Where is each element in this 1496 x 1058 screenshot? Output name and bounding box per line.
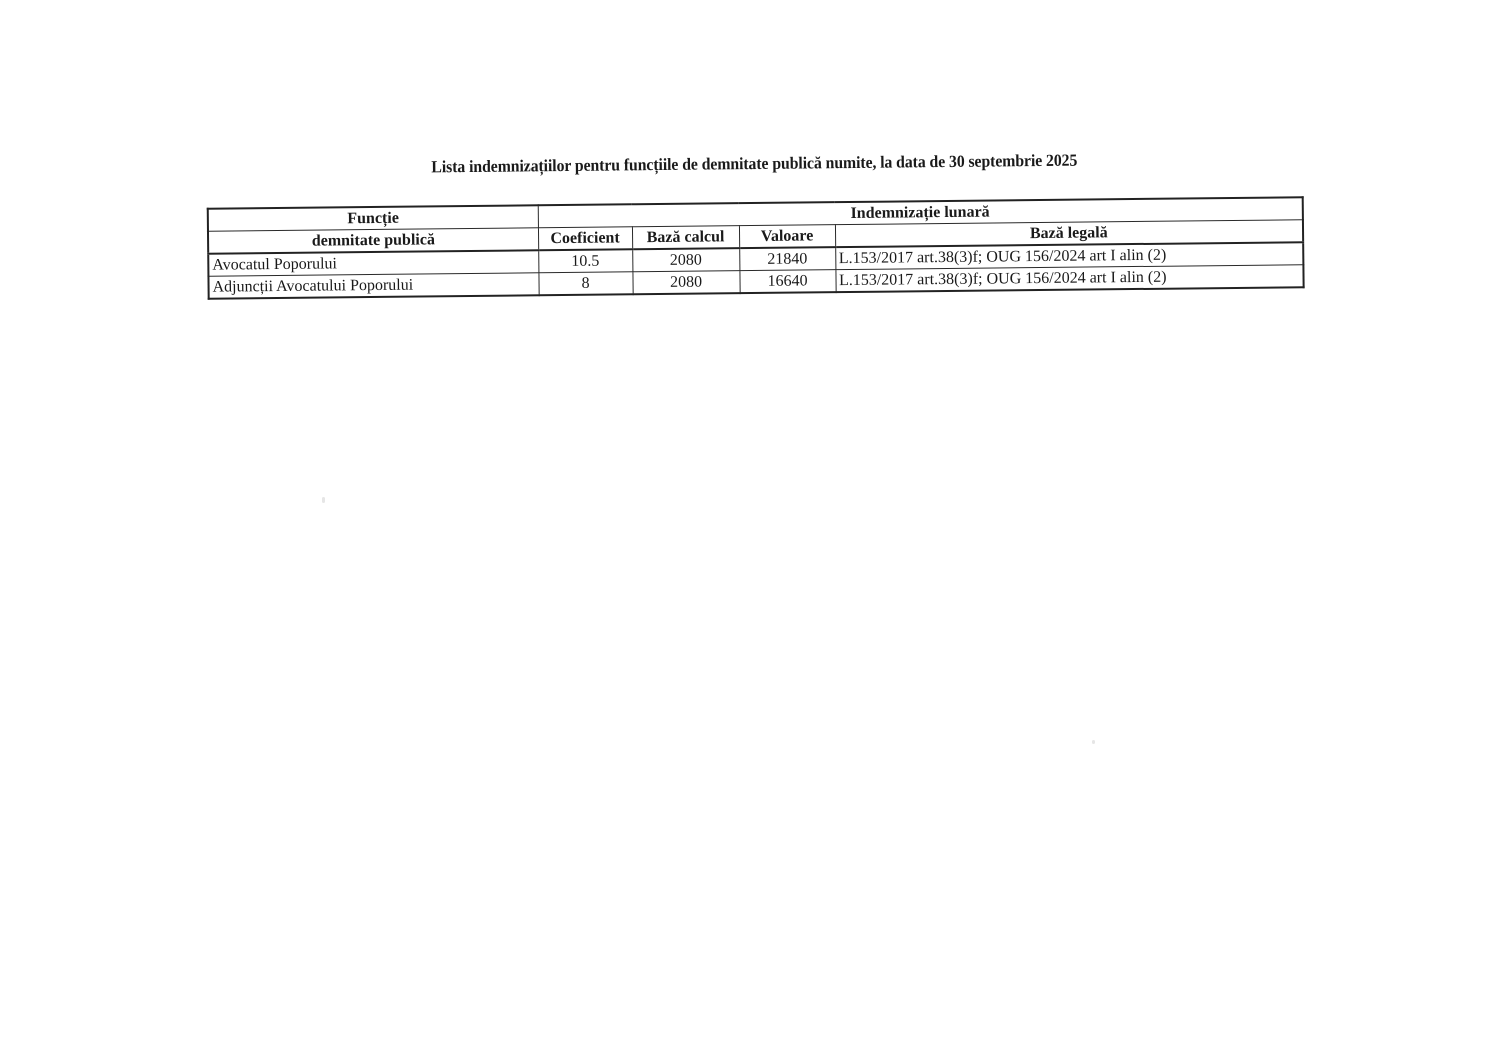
cell-value: 21840 xyxy=(739,247,835,271)
scanned-page: Lista indemnizațiilor pentru funcțiile d… xyxy=(0,0,1496,1058)
column-header-base: Bază calcul xyxy=(632,226,739,250)
cell-function: Adjuncții Avocatului Poporului xyxy=(208,273,538,299)
cell-base: 2080 xyxy=(632,248,739,272)
cell-base: 2080 xyxy=(632,271,739,295)
document-title: Lista indemnizațiilor pentru funcțiile d… xyxy=(387,150,1122,178)
cell-legal-basis: L.153/2017 art.38(3)f; OUG 156/2024 art … xyxy=(835,265,1303,292)
column-header-coefficient: Coeficient xyxy=(538,227,632,250)
cell-value: 16640 xyxy=(739,270,835,294)
cell-coefficient: 8 xyxy=(538,272,632,295)
scan-speck xyxy=(1092,740,1095,744)
allowance-table: Funcție Indemnizație lunară demnitate pu… xyxy=(207,196,1305,299)
scan-speck xyxy=(322,497,325,503)
cell-coefficient: 10.5 xyxy=(538,249,632,272)
column-header-value: Valoare xyxy=(739,225,835,249)
